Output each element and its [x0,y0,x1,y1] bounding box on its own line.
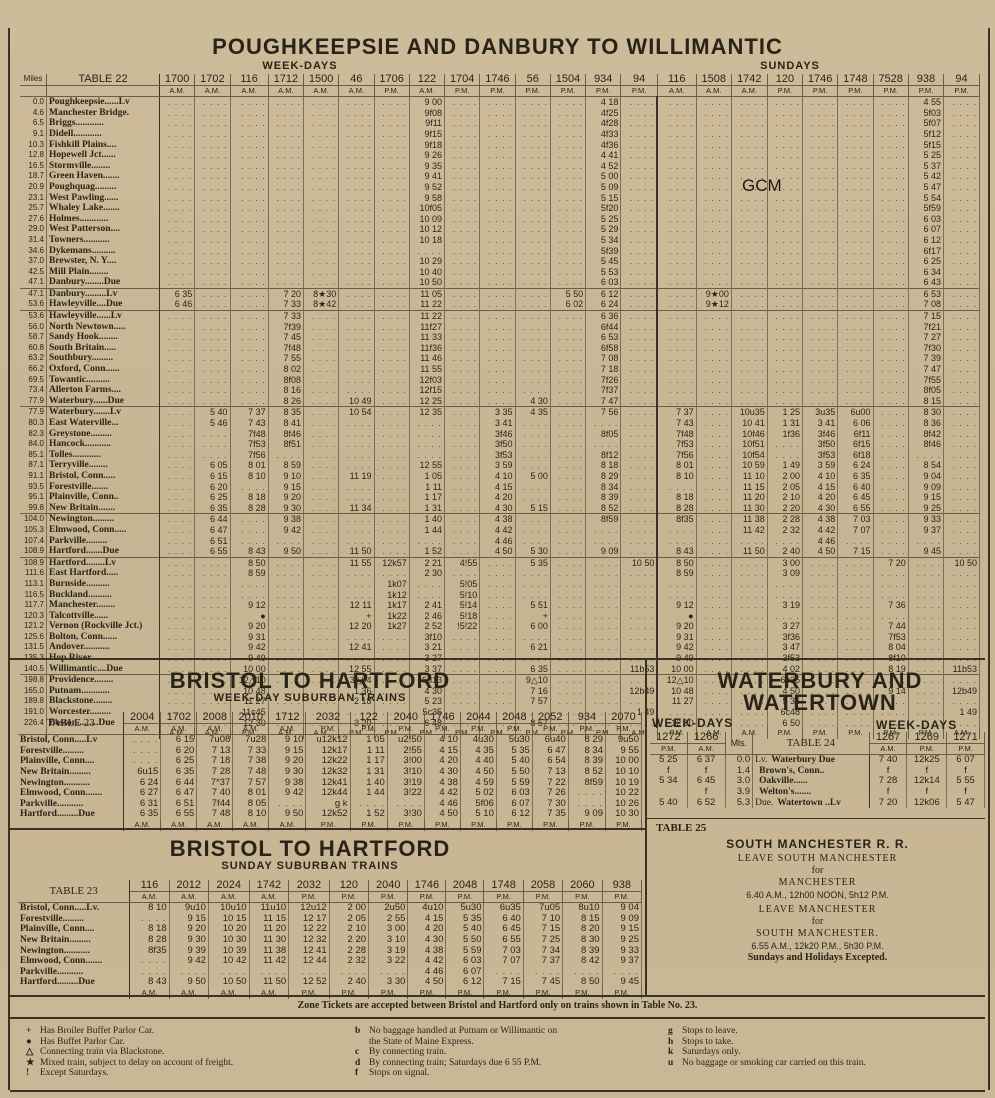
time-cell: . . . . [515,343,550,354]
time-cell: . . . . [515,108,550,119]
legend-text: Has Broiler Buffet Parlor Car. [40,1026,154,1036]
time-cell: . . . . [268,277,303,288]
time-cell: 8 28 [230,503,268,514]
time-cell: . . . . [696,450,731,461]
station-name: Whaley Lake....... [47,203,160,214]
time-cell: . . . . [515,590,550,601]
time-cell: . . . . [195,600,230,611]
station-name: Hartford.........Due [18,977,130,988]
time-cell: 3u35 [803,407,838,418]
bristol-weekday-title: BRISTOL TO HARTFORD [60,668,560,694]
time-cell: 10 50 [944,557,980,568]
time-cell: 5 50 [446,935,484,946]
time-cell: . . . . [731,214,767,225]
time-cell: . . . . [838,267,873,278]
table-row: 60.8South Britain...... . . .. . . .. . … [20,343,980,354]
time-cell: . . . . [696,611,731,622]
time-cell: . . . . [303,246,338,257]
mileage: 85.1 [20,450,47,461]
time-cell: 4 50 [803,546,838,557]
time-cell: . . . . [696,140,731,151]
time-cell: . . . . [515,203,550,214]
time-cell: 10 54 [339,407,374,418]
time-cell: . . . . [160,418,195,429]
time-cell: 5 47 [908,182,943,193]
time-cell: . . . . [944,150,980,161]
time-cell: 9 38 [268,514,303,525]
table-25-line: LEAVE MANCHESTER [650,904,985,916]
mileage: 10.3 [20,140,47,151]
time-cell: . . . . [160,429,195,440]
time-cell: 6 25 [908,256,943,267]
time-cell: . . . . [374,396,409,407]
table-row: New Britain.........6u156 357 287 489 30… [18,767,642,778]
time-cell: 11 50 [249,977,289,988]
time-cell: . . . . [480,182,515,193]
train-number-header: 1504 [550,74,585,85]
time-cell: . . . . [339,568,374,579]
time-cell: . . . . [621,482,657,493]
time-cell: . . . . [339,332,374,343]
time-cell: . . . . [944,224,980,235]
time-cell: . . . . [515,267,550,278]
legend-symbol-icon: h [668,1037,682,1048]
time-cell: . . . . [374,118,409,129]
time-cell: . . . . [374,161,409,172]
station-name: Due.Watertown ..Lv [753,798,870,809]
time-cell: . . . . [803,579,838,590]
train-number-header: 1746 [424,712,460,723]
time-cell: 8f59 [586,514,621,525]
mileage: 3.9 [725,787,753,798]
mileage: 16.5 [20,161,47,172]
time-cell: . . . . [621,288,657,299]
time-cell: 6 53 [586,332,621,343]
time-cell: . . . . [767,385,802,396]
time-cell: 5 00 [586,171,621,182]
time-cell: . . . . [339,182,374,193]
station-name: Sandy Hook........ [47,332,160,343]
time-cell: . . . . [339,460,374,471]
time-cell: . . . . [515,182,550,193]
time-cell: . . . . [374,525,409,536]
time-cell: 12 35 [409,407,444,418]
time-cell: . . . . [339,299,374,310]
time-cell: 2 20 [767,503,802,514]
time-cell: . . . . [944,590,980,601]
time-cell: . . . . [268,193,303,204]
time-cell: 3f53 [480,450,515,461]
time-cell: 8 52 [586,503,621,514]
time-cell: 6 12 [446,977,484,988]
time-cell: . . . . [621,171,657,182]
time-cell: . . . . [550,332,585,343]
legend-text: By connecting train. [369,1047,446,1057]
legend-item: !Except Saturdays. [26,1068,233,1079]
time-cell: 5 15 [586,193,621,204]
time-cell: . . . . [303,450,338,461]
time-cell: . . . . [696,579,731,590]
time-cell: 6 05 [195,460,230,471]
table-row: 12.8Hopewell Jct....... . . .. . . .. . … [20,150,980,161]
time-cell: . . . . [838,299,873,310]
time-cell: 8 18 [657,492,696,503]
mileage: 131.5 [20,642,47,653]
time-cell: . . . . [160,118,195,129]
station-label: Oakville...... [759,776,808,786]
time-cell: 10 40 [409,267,444,278]
table-row: 85.1Tolles............. . . .. . . .7f56… [20,450,980,461]
time-cell: 9 09 [568,809,605,820]
time-cell: . . . . [731,343,767,354]
table-23-label: TABLE 23 [18,880,130,903]
time-cell: . . . . [944,108,980,119]
time-cell: 1 31 [767,418,802,429]
time-cell: . . . . [374,546,409,557]
time-cell: . . . . [838,579,873,590]
time-cell: . . . . [339,129,374,140]
time-cell: . . . . [550,546,585,557]
ampm-header: P.M. [532,723,568,735]
station-name: Southbury......... [47,353,160,364]
time-cell: . . . . [160,557,195,568]
time-cell: . . . . [230,590,268,601]
time-cell: . . . . [480,193,515,204]
time-cell: . . . . [803,600,838,611]
table-row: 63.2Southbury.......... . . .. . . .. . … [20,353,980,364]
legend-symbol-icon: g [668,1026,682,1037]
time-cell: . . . . [873,224,908,235]
time-cell: . . . . [480,322,515,333]
time-cell: . . . . [550,590,585,601]
time-cell: . . . . [303,536,338,547]
time-cell: . . . . [374,267,409,278]
time-cell: 2 10 [767,492,802,503]
time-cell: . . . . [550,439,585,450]
station-label: Watertown ..Lv [777,798,841,808]
time-cell: . . . . [268,129,303,140]
mileage: 99.8 [20,503,47,514]
time-cell: 5f07 [908,118,943,129]
time-cell: . . . . [550,311,585,322]
legend-item: hStops to take. [668,1037,866,1048]
time-cell: . . . . [696,632,731,643]
time-cell: . . . . [657,396,696,407]
station-name: Parkville........... [18,967,130,978]
time-cell: 4 30 [408,935,446,946]
time-cell: . . . . [731,150,767,161]
time-cell: 7 28 [197,767,233,778]
time-cell: . . . . [195,193,230,204]
mileage: 31.4 [20,235,47,246]
time-cell: . . . . [374,224,409,235]
time-cell: . . . . [838,214,873,225]
time-cell: . . . . [230,108,268,119]
time-cell: . . . . [908,579,943,590]
time-cell: . . . . [621,450,657,461]
time-cell: 9 09 [586,546,621,557]
time-cell: . . . . [374,353,409,364]
time-cell: . . . . [621,632,657,643]
time-cell: . . . . [696,97,731,108]
station-name: Bristol, Conn.....Lv [18,735,124,746]
time-cell: . . . . [195,235,230,246]
time-cell: . . . . [515,171,550,182]
time-cell: 1k07 [374,579,409,590]
time-cell: . . . . [339,214,374,225]
time-cell: 5 51 [515,600,550,611]
time-cell: . . . . [515,277,550,288]
time-cell: 9 50 [268,546,303,557]
legend-symbol-icon: ! [26,1068,40,1079]
time-cell: . . . . [944,460,980,471]
time-cell: . . . . [480,311,515,322]
table-row: 6.5Briggs............. . . .. . . .. . .… [20,118,980,129]
station-name: Terryville........ [47,460,160,471]
time-cell: . . . . [480,600,515,611]
time-cell: . . . . [195,557,230,568]
time-cell: 8 50 [657,557,696,568]
time-cell: . . . . [803,246,838,257]
time-cell: . . . . [339,246,374,257]
time-cell: . . . . [944,332,980,343]
mileage: 121.2 [20,621,47,632]
waterbury-title: WATERBURY AND WATERTOWN [650,670,990,714]
time-cell: . . . . [374,97,409,108]
time-cell: 6 35 [195,503,230,514]
time-cell: . . . . [268,246,303,257]
table-row: 25.7Whaley Lake........ . . .. . . .. . … [20,203,980,214]
time-cell: 3f46 [803,429,838,440]
time-cell: . . . . [160,450,195,461]
time-cell: . . . . [195,611,230,622]
time-cell: 3f46 [480,429,515,440]
time-cell: . . . . [268,97,303,108]
mileage: 108.9 [20,546,47,557]
time-cell: . . . . [944,193,980,204]
station-label: Waterbury Due [771,755,835,765]
time-cell: . . . . [339,150,374,161]
time-cell: 9 45 [908,546,943,557]
time-cell: . . . . [303,171,338,182]
time-cell: . . . . [550,429,585,440]
time-cell: . . . . [696,600,731,611]
legend-col-3: gStops to leave.hStops to take.kSaturday… [668,1026,866,1068]
time-cell: . . . . [873,396,908,407]
time-cell: 5 15 [515,503,550,514]
mileage: 27.6 [20,214,47,225]
time-cell: . . . . [696,353,731,364]
mileage: 77.9 [20,407,47,418]
time-cell: 6 35 [838,471,873,482]
time-cell: . . . . [515,385,550,396]
time-cell: 10f51 [731,439,767,450]
time-cell: . . . . [445,546,480,557]
time-cell: 10 12 [409,224,444,235]
table-row: 80.3East Waterville.... . . .5 467 438 4… [20,418,980,429]
legend-item: +Has Broiler Buffet Parlor Car. [26,1026,233,1037]
time-cell: . . . . [803,161,838,172]
ampm-header: P.M. [408,891,446,903]
table-row: 37.0Brewster, N. Y..... . . .. . . .. . … [20,256,980,267]
time-cell: . . . . [480,288,515,299]
time-cell: . . . . [873,311,908,322]
time-cell: . . . . [550,322,585,333]
time-cell: . . . . [621,600,657,611]
time-cell: . . . . [445,267,480,278]
time-cell: . . . . [838,353,873,364]
time-cell: . . . . [944,235,980,246]
ampm-header: P.M. [947,743,985,755]
time-cell: . . . . [803,129,838,140]
time-cell: . . . . [409,536,444,547]
table-row: 95.1Plainville, Conn... . . .6 258 189 2… [20,492,980,503]
ampm-header: A.M. [268,85,303,97]
time-cell: 5 42 [908,171,943,182]
time-cell: . . . . [767,396,802,407]
time-cell: . . . . [515,129,550,140]
time-cell: 8 18 [586,460,621,471]
ampm-header: P.M. [387,723,424,735]
time-cell: 9 20 [268,492,303,503]
ampm-header: P.M. [496,723,532,735]
time-cell: . . . . [515,97,550,108]
time-cell: . . . . [731,246,767,257]
time-cell: . . . . [445,460,480,471]
table-row: 108.9Hartford........Lv. . . .. . . .8 5… [20,557,980,568]
time-cell: 11 42 [731,525,767,536]
time-cell: 5f59 [908,203,943,214]
time-cell: . . . . [445,503,480,514]
time-cell: . . . . [696,482,731,493]
time-cell: . . . . [160,482,195,493]
time-cell: . . . . [944,277,980,288]
time-cell: . . . . [339,632,374,643]
time-cell: 3 59 [803,460,838,471]
table-row: f3.9Welton's.......fff [650,787,985,798]
time-cell: . . . . [838,288,873,299]
time-cell: . . . . [550,193,585,204]
time-cell: . . . . [944,129,980,140]
time-cell: . . . . [515,492,550,503]
ampm-header: A.M. [197,723,233,735]
time-cell: . . . . [374,385,409,396]
time-cell: . . . . [195,364,230,375]
time-cell: . . . . [195,590,230,601]
time-cell: . . . . [696,108,731,119]
time-cell: . . . . [586,696,621,707]
table-row: 20.9Poughquag.......... . . .. . . .. . … [20,182,980,193]
time-cell: . . . . [873,246,908,257]
time-cell: . . . . [303,492,338,503]
station-name: Talcottville...... [47,611,160,622]
time-cell: . . . . [657,108,696,119]
time-cell: . . . . [230,514,268,525]
ampm-header: A.M. [124,723,161,735]
time-cell: 7 20 [873,557,908,568]
legend-symbol-icon: ● [26,1037,40,1048]
time-cell: . . . . [586,418,621,429]
time-cell: . . . . [803,396,838,407]
time-cell: . . . . [621,503,657,514]
time-cell: . . . . [944,514,980,525]
table-row: 87.1Terryville......... . . .6 058 018 5… [20,460,980,471]
time-cell: 6 44 [195,514,230,525]
time-cell: 2 32 [767,525,802,536]
time-cell: 11 33 [409,332,444,343]
time-cell: . . . . [303,332,338,343]
time-cell: . . . . [621,322,657,333]
table-row: 18.7Green Haven........ . . .. . . .. . … [20,171,980,182]
mileage: 95.1 [20,492,47,503]
time-cell: . . . . [550,214,585,225]
time-cell: 9 09 [908,482,943,493]
station-name: Tolles............ [47,450,160,461]
ampm-header: P.M. [445,85,480,97]
time-cell: . . . . [550,161,585,172]
time-cell: . . . . [803,322,838,333]
time-cell: 5f20 [586,203,621,214]
time-cell: . . . . [873,514,908,525]
time-cell: . . . . [586,579,621,590]
train-number-header: 1706 [374,74,409,85]
time-cell: . . . . [160,353,195,364]
time-cell: . . . . [195,579,230,590]
mileage: 34.6 [20,246,47,257]
station-name: Greystone......... [47,429,160,440]
time-cell: . . . . [873,267,908,278]
table-row: 5 256 370.0Lv.Waterbury Due7 4012k256 07 [650,755,985,766]
time-cell: . . . . [696,536,731,547]
time-cell: . . . . [696,568,731,579]
ampm-header: P.M. [838,85,873,97]
time-cell: + [515,611,550,622]
time-cell: . . . . [873,460,908,471]
time-cell: . . . . [303,277,338,288]
divider [10,1090,985,1092]
ampm-header: P.M. [446,891,484,903]
time-cell: . . . . [696,364,731,375]
time-cell: 7 47 [908,364,943,375]
time-cell: . . . . [586,642,621,653]
time-cell: . . . . [731,364,767,375]
time-cell: . . . . [160,439,195,450]
time-cell: . . . . [374,407,409,418]
ampm-header: A.M. [687,743,725,755]
time-cell: . . . . [445,214,480,225]
time-cell: 4 30 [515,396,550,407]
time-cell: . . . . [873,353,908,364]
time-cell: . . . . [268,536,303,547]
ampm-header: P.M. [650,743,687,755]
time-cell: . . . . [445,525,480,536]
time-cell: . . . . [731,129,767,140]
time-cell: . . . . [515,311,550,322]
time-cell: . . . . [696,557,731,568]
time-cell: . . . . [767,590,802,601]
time-cell: . . . . [515,288,550,299]
legend-col-1: +Has Broiler Buffet Parlor Car.●Has Buff… [26,1026,233,1079]
time-cell: 10 30 [208,935,249,946]
time-cell: 6 34 [908,267,943,278]
time-cell: . . . . [550,611,585,622]
time-cell: 7f21 [908,322,943,333]
time-cell: . . . . [873,299,908,310]
time-cell: . . . . [268,642,303,653]
time-cell: . . . . [944,471,980,482]
time-cell: . . . . [731,385,767,396]
time-cell: 1k27 [374,621,409,632]
